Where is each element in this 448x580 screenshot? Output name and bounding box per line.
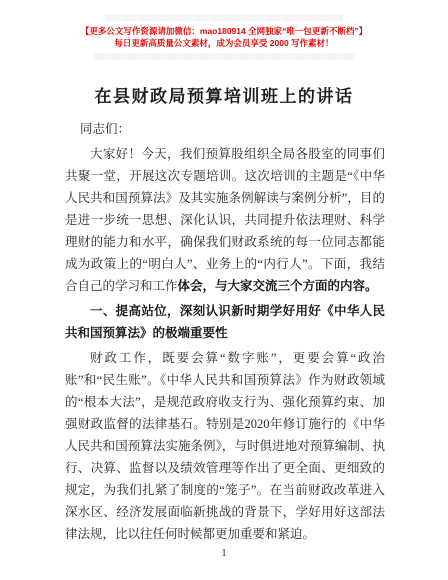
document-page: 【更多公文写作资源请加微信：mao180914 全网独家“唯一包更新不断档”】 … bbox=[0, 0, 448, 580]
faint-watermark-strip-top bbox=[105, 14, 343, 21]
paragraph-1: 大家好！今天，我们预算股组织全局各股室的同事们共聚一堂，开展这次专题培训。这次培… bbox=[65, 143, 385, 297]
watermark-line-2: 每日更新高质量公文素材，成为会员享受 2000 写作素材！ bbox=[0, 37, 448, 49]
document-body: 同志们： 大家好！今天，我们预算股组织全局各股室的同事们共聚一堂，开展这次专题培… bbox=[65, 118, 385, 545]
salutation: 同志们： bbox=[65, 118, 385, 140]
page-number: 1 bbox=[0, 547, 448, 559]
watermark-line-1: 【更多公文写作资源请加微信：mao180914 全网独家“唯一包更新不断档”】 bbox=[0, 25, 448, 37]
watermark-area: 【更多公文写作资源请加微信：mao180914 全网独家“唯一包更新不断档”】 … bbox=[0, 0, 448, 60]
document-title: 在县财政局预算培训班上的讲话 bbox=[0, 87, 448, 107]
paragraph-1-text: 大家好！今天，我们预算股组织全局各股室的同事们共聚一堂，开展这次专题培训。这次培… bbox=[65, 147, 385, 293]
faint-watermark-strip-bottom bbox=[93, 53, 355, 60]
section-heading-1: 一、提高站位，深刻认识新时期学好用好《中华人民共和国预算法》的极端重要性 bbox=[65, 300, 385, 344]
paragraph-1-emphasis: 体会，与大家交流三个方面的内容。 bbox=[178, 279, 378, 293]
paragraph-2: 财政工作，既要会算“数字账”，更要会算“政治账”和“民生账”。《中华人民共和国预… bbox=[65, 347, 385, 545]
